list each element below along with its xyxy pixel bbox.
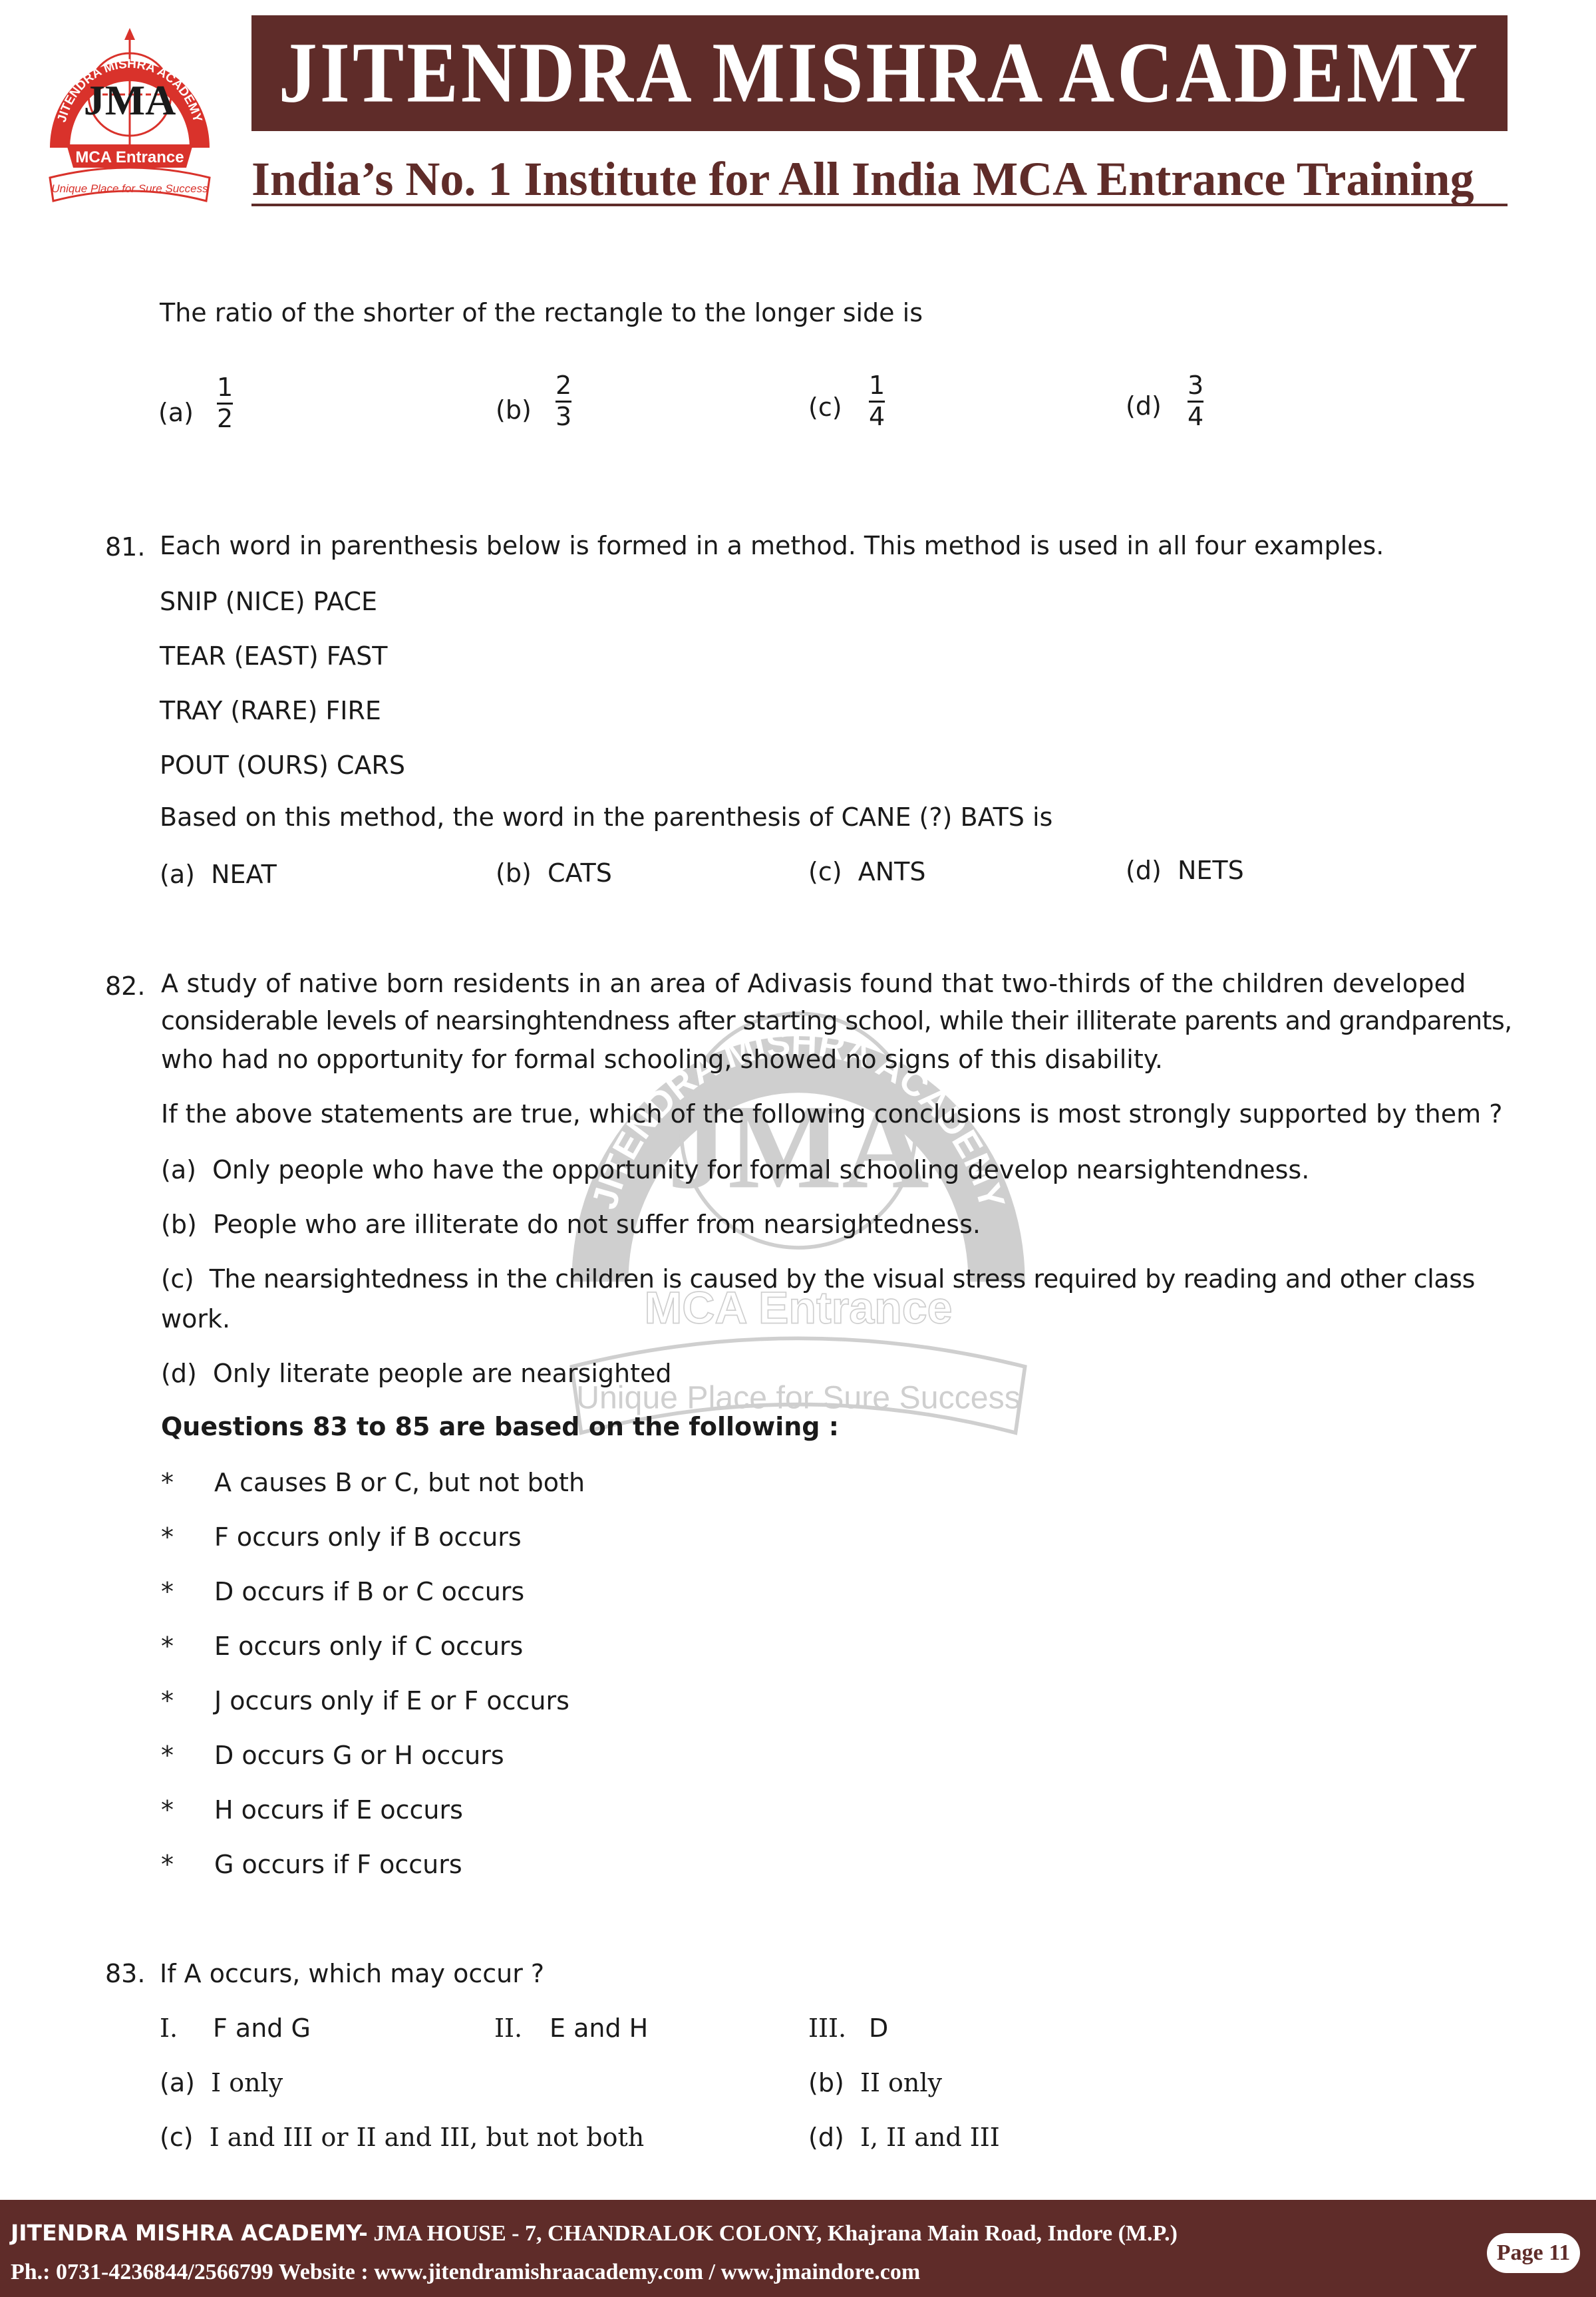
tagline-underline [251, 204, 1508, 206]
q81-question: Based on this method, the word in the pa… [160, 802, 1052, 833]
q81-example: POUT (OURS) CARS [160, 751, 405, 781]
q83-option-c: (c) I and III or II and III, but not bot… [160, 2123, 644, 2153]
rule-item: D occurs if B or C occurs [214, 1577, 524, 1608]
q80-option-a-label: (a) [158, 398, 194, 429]
q80-option-d-label: (d) [1126, 391, 1162, 422]
q83-statement-text: D [869, 2014, 888, 2044]
bullet-icon: * [161, 1468, 174, 1499]
q81-example: SNIP (NICE) PACE [160, 587, 377, 618]
q82-number: 82. [105, 972, 145, 1002]
q82-option-b: (b) People who are illiterate do not suf… [161, 1210, 981, 1240]
q81-stem: Each word in parenthesis below is formed… [160, 531, 1384, 562]
q81-number: 81. [105, 532, 145, 563]
footer-contact: Ph.: 0731-4236844/2566799 Website : www.… [11, 2260, 920, 2285]
q83-statement-text: F and G [213, 2014, 311, 2044]
svg-text:Unique Place for Sure Success: Unique Place for Sure Success [51, 182, 208, 195]
q80-stem: The ratio of the shorter of the rectangl… [160, 298, 923, 329]
q80-option-c-fraction: 14 [869, 373, 885, 431]
q82-option-a: (a) Only people who have the opportunity… [161, 1155, 1309, 1186]
q83-statement-text: E and H [550, 2014, 648, 2044]
q83-option-a: (a) I only [160, 2068, 283, 2099]
q83-stem: If A occurs, which may occur ? [160, 1959, 544, 1990]
q82-stem-line: who had no opportunity for formal school… [161, 1045, 1163, 1075]
footer-org-name: JITENDRA MISHRA ACADEMY- [11, 2220, 368, 2246]
bullet-icon: * [161, 1632, 174, 1662]
rule-item: E occurs only if C occurs [214, 1632, 523, 1662]
q82-stem-line: A study of native born residents in an a… [161, 969, 1466, 999]
rule-item: D occurs G or H occurs [214, 1741, 504, 1771]
bullet-icon: * [161, 1686, 174, 1717]
q83-statement-label: I. [160, 2014, 178, 2044]
page-footer: JITENDRA MISHRA ACADEMY- JMA HOUSE - 7, … [0, 2200, 1596, 2297]
bullet-icon: * [161, 1577, 174, 1608]
q81-example: TRAY (RARE) FIRE [160, 696, 381, 727]
q80-option-d-fraction: 34 [1188, 373, 1203, 431]
q81-option-c: (c) ANTS [808, 857, 925, 888]
academy-title: JITENDRA MISHRA ACADEMY [279, 24, 1480, 123]
q83-statement-label: II. [494, 2014, 522, 2044]
footer-address-line: JITENDRA MISHRA ACADEMY- JMA HOUSE - 7, … [11, 2220, 1178, 2246]
q82-option-d: (d) Only literate people are nearsighted [161, 1359, 671, 1389]
q82-question: If the above statements are true, which … [161, 1099, 1502, 1130]
q81-example: TEAR (EAST) FAST [160, 641, 387, 672]
q83-number: 83. [105, 1959, 145, 1990]
rule-item: G occurs if F occurs [214, 1850, 462, 1880]
q80-option-b-label: (b) [496, 395, 532, 426]
bullet-icon: * [161, 1795, 174, 1826]
page-number-badge: Page 11 [1487, 2233, 1580, 2273]
q81-option-d: (d) NETS [1126, 856, 1244, 886]
q80-option-a-fraction: 12 [217, 375, 233, 433]
q81-option-a: (a) NEAT [160, 860, 277, 890]
svg-text:MCA Entrance: MCA Entrance [75, 148, 184, 166]
bullet-icon: * [161, 1850, 174, 1880]
academy-title-banner: JITENDRA MISHRA ACADEMY [251, 15, 1508, 131]
q81-option-b: (b) CATS [496, 858, 612, 889]
q82-stem-line: considerable levels of nearsinghtendness… [161, 1006, 1512, 1037]
logo-monogram: JMA [84, 77, 176, 124]
bullet-icon: * [161, 1741, 174, 1771]
q80-option-b-fraction: 23 [556, 373, 571, 431]
q83-option-b: (b) II only [808, 2068, 942, 2099]
rule-item: H occurs if E occurs [214, 1795, 463, 1826]
bullet-icon: * [161, 1522, 174, 1553]
rule-item: A causes B or C, but not both [214, 1468, 585, 1499]
rule-item: J occurs only if E or F occurs [214, 1686, 569, 1717]
set-heading: Questions 83 to 85 are based on the foll… [161, 1412, 839, 1443]
q83-option-d: (d) I, II and III [808, 2123, 1000, 2153]
academy-tagline: India’s No. 1 Institute for All India MC… [251, 152, 1508, 207]
q82-option-c: (c) The nearsightedness in the children … [161, 1264, 1475, 1295]
q82-option-c-continued: work. [161, 1304, 230, 1335]
academy-logo: JMA JITENDRA MISHRA ACADEMY MCA Entrance… [37, 8, 223, 214]
rule-item: F occurs only if B occurs [214, 1522, 522, 1553]
q83-statement-label: III. [808, 2014, 846, 2044]
q80-option-c-label: (c) [808, 393, 842, 423]
footer-address: JMA HOUSE - 7, CHANDRALOK COLONY, Khajra… [368, 2221, 1178, 2246]
